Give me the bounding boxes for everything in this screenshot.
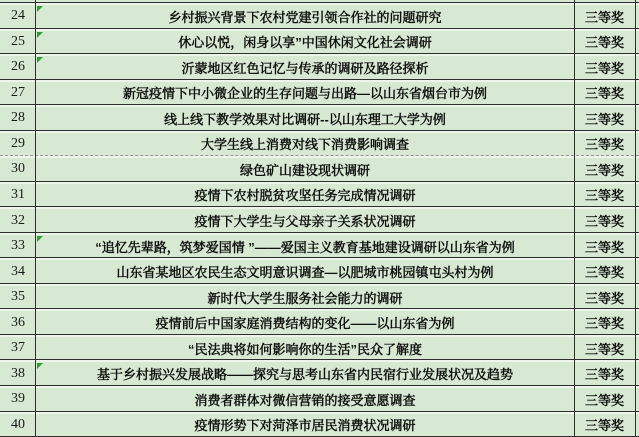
project-title-cell[interactable]: 消费者群体对微信营销的接受意愿调查	[36, 388, 574, 411]
table-row: 40 疫情形势下对菏泽市居民消费状况调研 三等奖	[0, 414, 639, 437]
project-title-cell[interactable]: 乡村振兴背景下农村党建引领合作社的问题研究	[36, 5, 574, 28]
table-row: 30 绿色矿山建设现状调研 三等奖	[0, 158, 639, 182]
project-title-text: 疫情下农村脱贫攻坚任务完成情况调研	[194, 185, 415, 204]
project-title-text: 线上线下教学效果对比调研--以山东理工大学为例	[164, 109, 446, 128]
row-number-cell[interactable]: 39	[0, 388, 36, 411]
award-cell[interactable]: 三等奖	[574, 286, 635, 309]
row-number-cell[interactable]: 35	[0, 286, 36, 309]
table-row: 27 新冠疫情下中小微企业的生存问题与出路—以山东省烟台市为例 三等奖	[0, 82, 639, 106]
project-title-cell[interactable]: 沂蒙地区红色记忆与传承的调研及路径探析	[36, 56, 574, 79]
project-title-cell[interactable]: 绿色矿山建设现状调研	[36, 158, 574, 181]
comment-indicator-icon	[37, 32, 43, 38]
grid-vertical-line-1	[35, 0, 36, 437]
row-number-cell[interactable]: 25	[0, 31, 36, 54]
award-cell[interactable]: 三等奖	[574, 56, 635, 79]
row-number-cell[interactable]: 27	[0, 82, 36, 105]
comment-indicator-icon	[37, 363, 43, 369]
spreadsheet-table: 24 乡村振兴背景下农村党建引领合作社的问题研究 三等奖 25 休心以悦，闲身以…	[0, 0, 639, 437]
award-cell[interactable]: 三等奖	[574, 388, 635, 411]
project-title-text: 新冠疫情下中小微企业的生存问题与出路—以山东省烟台市为例	[123, 83, 487, 102]
row-number-cell[interactable]: 40	[0, 414, 36, 437]
row-number-cell[interactable]: 36	[0, 311, 36, 334]
table-row: 35 新时代大学生服务社会能力的调研 三等奖	[0, 286, 639, 310]
table-row: 39 消费者群体对微信营销的接受意愿调查 三等奖	[0, 388, 639, 412]
project-title-cell[interactable]: 疫情形势下对菏泽市居民消费状况调研	[36, 414, 574, 437]
project-title-cell[interactable]: “追忆先辈路，筑梦爱国情 ”——爱国主义教育基地建设调研以山东省为例	[36, 235, 574, 258]
row-number-cell[interactable]: 24	[0, 5, 36, 28]
table-row: 26 沂蒙地区红色记忆与传承的调研及路径探析 三等奖	[0, 56, 639, 80]
award-cell[interactable]: 三等奖	[574, 235, 635, 258]
row-number-cell[interactable]: 33	[0, 235, 36, 258]
project-title-text: 沂蒙地区红色记忆与传承的调研及路径探析	[181, 58, 428, 77]
grid-vertical-line-2	[574, 0, 575, 437]
table-row: 28 线上线下教学效果对比调研--以山东理工大学为例 三等奖	[0, 107, 639, 131]
table-row: 31 疫情下农村脱贫攻坚任务完成情况调研 三等奖	[0, 184, 639, 208]
project-title-text: 疫情下大学生与父母亲子关系状况调研	[194, 211, 415, 230]
table-row: 25 休心以悦，闲身以享”中国休闲文化社会调研 三等奖	[0, 31, 639, 55]
comment-indicator-icon	[37, 57, 43, 63]
table-row: 37 “民法典将如何影响你的生活”民众了解度 三等奖	[0, 337, 639, 361]
award-cell[interactable]: 三等奖	[574, 5, 635, 28]
row-number-cell[interactable]: 38	[0, 362, 36, 385]
award-cell[interactable]: 三等奖	[574, 158, 635, 181]
previous-row-sliver	[0, 0, 639, 3]
award-cell[interactable]: 三等奖	[574, 133, 635, 156]
project-title-text: 新时代大学生服务社会能力的调研	[207, 288, 402, 307]
award-cell[interactable]: 三等奖	[574, 31, 635, 54]
project-title-text: 山东省某地区农民生态文明意识调查—以肥城市桃园镇屯头村为例	[116, 262, 493, 281]
project-title-text: 基于乡村振兴发展战略——探究与思考山东省内民宿行业发展状况及趋势	[97, 364, 513, 383]
comment-indicator-icon	[37, 236, 43, 242]
project-title-text: 休心以悦，闲身以享”中国休闲文化社会调研	[178, 32, 432, 51]
table-row: 38 基于乡村振兴发展战略——探究与思考山东省内民宿行业发展状况及趋势 三等奖	[0, 362, 639, 386]
award-cell[interactable]: 三等奖	[574, 209, 635, 232]
table-row: 33 “追忆先辈路，筑梦爱国情 ”——爱国主义教育基地建设调研以山东省为例 三等…	[0, 235, 639, 259]
table-row: 36 疫情前后中国家庭消费结构的变化——以山东省为例 三等奖	[0, 311, 639, 335]
project-title-cell[interactable]: 疫情前后中国家庭消费结构的变化——以山东省为例	[36, 311, 574, 334]
project-title-text: 消费者群体对微信营销的接受意愿调查	[194, 390, 415, 409]
project-title-text: 疫情前后中国家庭消费结构的变化——以山东省为例	[155, 313, 454, 332]
project-title-cell[interactable]: “民法典将如何影响你的生活”民众了解度	[36, 337, 574, 360]
award-cell[interactable]: 三等奖	[574, 107, 635, 130]
project-title-text: “民法典将如何影响你的生活”民众了解度	[188, 339, 422, 358]
grid-vertical-line-3	[635, 0, 636, 437]
row-number-cell[interactable]: 37	[0, 337, 36, 360]
row-number-cell[interactable]: 32	[0, 209, 36, 232]
table-row: 29 大学生线上消费对线下消费影响调查 三等奖	[0, 133, 639, 157]
row-number-cell[interactable]: 30	[0, 158, 36, 181]
row-number-cell[interactable]: 28	[0, 107, 36, 130]
row-number-cell[interactable]: 34	[0, 260, 36, 283]
award-cell[interactable]: 三等奖	[574, 260, 635, 283]
project-title-cell[interactable]: 休心以悦，闲身以享”中国休闲文化社会调研	[36, 31, 574, 54]
project-title-cell[interactable]: 大学生线上消费对线下消费影响调查	[36, 133, 574, 156]
project-title-cell[interactable]: 线上线下教学效果对比调研--以山东理工大学为例	[36, 107, 574, 130]
project-title-cell[interactable]: 基于乡村振兴发展战略——探究与思考山东省内民宿行业发展状况及趋势	[36, 362, 574, 385]
project-title-text: 乡村振兴背景下农村党建引领合作社的问题研究	[168, 7, 441, 26]
project-title-cell[interactable]: 疫情下农村脱贫攻坚任务完成情况调研	[36, 184, 574, 207]
comment-indicator-icon	[37, 6, 43, 12]
project-title-text: 大学生线上消费对线下消费影响调查	[201, 134, 409, 153]
project-title-cell[interactable]: 山东省某地区农民生态文明意识调查—以肥城市桃园镇屯头村为例	[36, 260, 574, 283]
award-cell[interactable]: 三等奖	[574, 311, 635, 334]
award-cell[interactable]: 三等奖	[574, 414, 635, 437]
row-number-cell[interactable]: 31	[0, 184, 36, 207]
project-title-text: 绿色矿山建设现状调研	[240, 160, 370, 179]
row-number-cell[interactable]: 26	[0, 56, 36, 79]
award-cell[interactable]: 三等奖	[574, 337, 635, 360]
table-row: 34 山东省某地区农民生态文明意识调查—以肥城市桃园镇屯头村为例 三等奖	[0, 260, 639, 284]
table-row: 24 乡村振兴背景下农村党建引领合作社的问题研究 三等奖	[0, 5, 639, 29]
project-title-cell[interactable]: 新时代大学生服务社会能力的调研	[36, 286, 574, 309]
project-title-cell[interactable]: 疫情下大学生与父母亲子关系状况调研	[36, 209, 574, 232]
award-cell[interactable]: 三等奖	[574, 82, 635, 105]
project-title-cell[interactable]: 新冠疫情下中小微企业的生存问题与出路—以山东省烟台市为例	[36, 82, 574, 105]
award-cell[interactable]: 三等奖	[574, 362, 635, 385]
award-cell[interactable]: 三等奖	[574, 184, 635, 207]
row-number-cell[interactable]: 29	[0, 133, 36, 156]
project-title-text: “追忆先辈路，筑梦爱国情 ”——爱国主义教育基地建设调研以山东省为例	[95, 237, 515, 256]
table-row: 32 疫情下大学生与父母亲子关系状况调研 三等奖	[0, 209, 639, 233]
project-title-text: 疫情形势下对菏泽市居民消费状况调研	[194, 415, 415, 434]
